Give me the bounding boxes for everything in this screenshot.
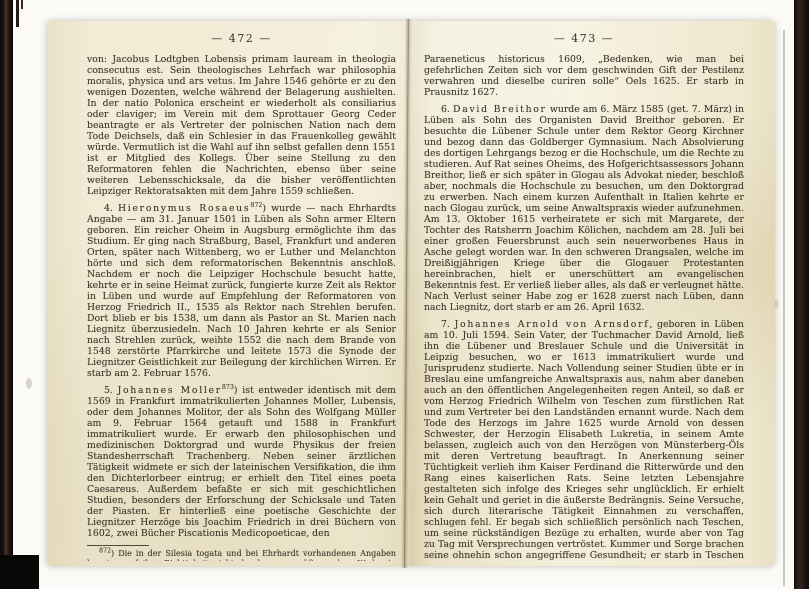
page-number-header-472: — 472 — (87, 32, 396, 45)
paragraph-continuation: Paraeneticus historicus 1609, „Bedenken,… (424, 54, 744, 98)
entry-name: Johannes Arnold von Arnsdorf (455, 319, 650, 330)
entry-name: Johannes Moller (118, 385, 222, 396)
scan-edge-right (794, 0, 809, 589)
paragraph-text: Paraeneticus historicus 1609, „Bedenken,… (424, 54, 744, 98)
entry-paragraph-5: 5. Johannes Moller873) ist entweder iden… (87, 385, 396, 539)
entry-paragraph-7: 7. Johannes Arnold von Arnsdorf, geboren… (424, 319, 744, 561)
scan-artifact-tick (16, 0, 19, 27)
footnote-separator-rule (87, 545, 149, 546)
page-472: — 472 — von: Jacobus Lodtgben Lobensis p… (87, 27, 396, 561)
footnotes-block: 872) Die in der Silesia togata und bei E… (87, 545, 396, 561)
paragraph-text: ) wurde — nach Ehrhardts Angabe — am 31.… (87, 203, 396, 379)
entry-paragraph-6: 6. David Breithor wurde am 6. März 1585 … (424, 104, 744, 313)
scan-edge-left (0, 0, 13, 589)
entry-number: 4. (104, 203, 118, 214)
paragraph-text: , geboren in Lüben am 10. Juli 1594. Sei… (424, 319, 744, 561)
book-gutter-crease (401, 19, 412, 568)
scan-smudge (26, 378, 32, 389)
entry-number: 6. (441, 104, 453, 115)
footnote-text: ) Die in der Silesia togata und bei Ehrh… (87, 549, 396, 561)
footnote-reference: 872 (250, 202, 262, 209)
scan-artifact-tick (21, 0, 23, 9)
entry-name: David Breithor (453, 104, 547, 115)
entry-number: 7. (441, 319, 455, 330)
entry-paragraph-4: 4. Hieronymus Rosaeus872) wurde — nach E… (87, 203, 396, 379)
scan-corner-mark-bottom-left (0, 555, 39, 589)
book-page-spread: — 472 — von: Jacobus Lodtgben Lobensis p… (47, 21, 775, 566)
paragraph-text: wurde am 6. März 1585 (get. 7. März) in … (424, 104, 744, 313)
paragraph-text: von: Jacobus Lodtgben Lobensis primam la… (87, 54, 396, 197)
footnote-872: 872) Die in der Silesia togata und bei E… (87, 549, 396, 561)
entry-number: 5. (104, 385, 118, 396)
paragraph-text: ) ist entweder identisch mit dem 1569 in… (87, 385, 396, 539)
footnote-marker: 872 (99, 547, 111, 554)
paragraph-continuation: von: Jacobus Lodtgben Lobensis primam la… (87, 54, 396, 197)
page-number-header-473: — 473 — (424, 32, 744, 45)
page-edge-shadow-right (783, 30, 785, 586)
page-473: — 473 — Paraeneticus historicus 1609, „B… (424, 27, 744, 561)
entry-name: Hieronymus Rosaeus (118, 203, 250, 214)
footnote-reference: 873 (222, 384, 234, 391)
